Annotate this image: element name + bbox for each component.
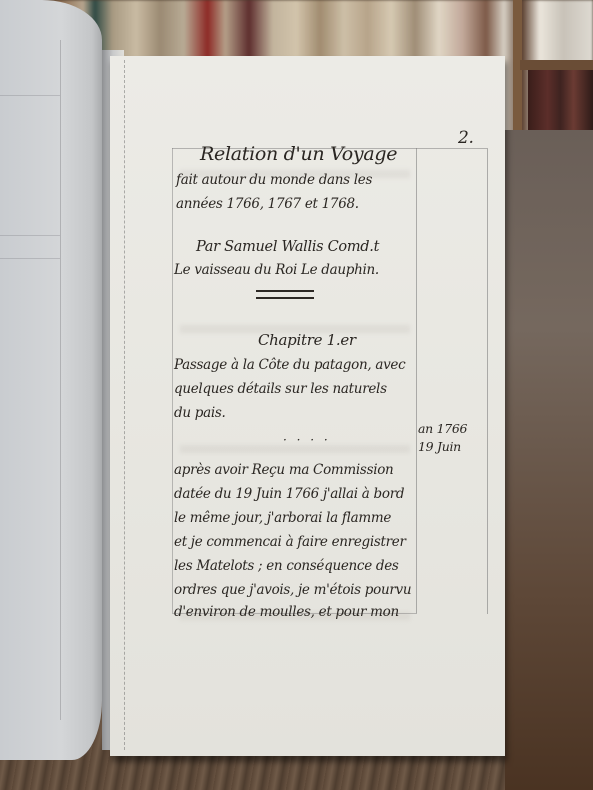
body-line: d'environ de moulles, et pour mon bbox=[174, 604, 399, 620]
left-page-ghost-line bbox=[0, 258, 60, 259]
margin-note-year: an 1766 bbox=[418, 421, 467, 436]
body-line: après avoir Reçu ma Commission bbox=[174, 462, 393, 478]
body-line: datée du 19 Juin 1766 j'allai à bord bbox=[174, 486, 404, 502]
left-page-rule bbox=[60, 40, 61, 720]
subtitle-line: années 1766, 1767 et 1768. bbox=[176, 196, 359, 212]
body-line: ordres que j'avois, je m'étois pourvu bbox=[174, 582, 411, 598]
wooden-table-right bbox=[505, 130, 593, 790]
chapter-heading: Chapitre 1.er bbox=[258, 331, 356, 349]
page-number: 2. bbox=[458, 128, 474, 148]
margin-note-date: 19 Juin bbox=[418, 439, 461, 454]
left-page-ghost-line bbox=[0, 235, 60, 236]
chapter-summary-line: quelques détails sur les naturels bbox=[174, 381, 387, 397]
dotted-separator: · · · · bbox=[283, 433, 331, 447]
left-page-ghost-line bbox=[0, 95, 60, 96]
chapter-summary-line: Passage à la Côte du patagon, avec bbox=[174, 357, 405, 373]
body-line: les Matelots ; en conséquence des bbox=[174, 558, 399, 574]
manuscript-title: Relation d'un Voyage bbox=[200, 143, 397, 165]
subtitle-line: fait autour du monde dans les bbox=[176, 172, 372, 188]
chapter-summary-line: du pais. bbox=[174, 405, 225, 421]
shelf-board bbox=[520, 60, 593, 70]
body-line: le même jour, j'arborai la flamme bbox=[174, 510, 391, 526]
double-rule-separator bbox=[256, 290, 314, 299]
page-stitch-edge bbox=[124, 60, 127, 750]
author-line: Par Samuel Wallis Comd.t bbox=[196, 239, 379, 255]
lower-shelf-books bbox=[528, 70, 593, 130]
left-page bbox=[0, 0, 102, 760]
ship-line: Le vaisseau du Roi Le dauphin. bbox=[174, 262, 379, 278]
body-line: et je commencai à faire enregistrer bbox=[174, 534, 406, 550]
